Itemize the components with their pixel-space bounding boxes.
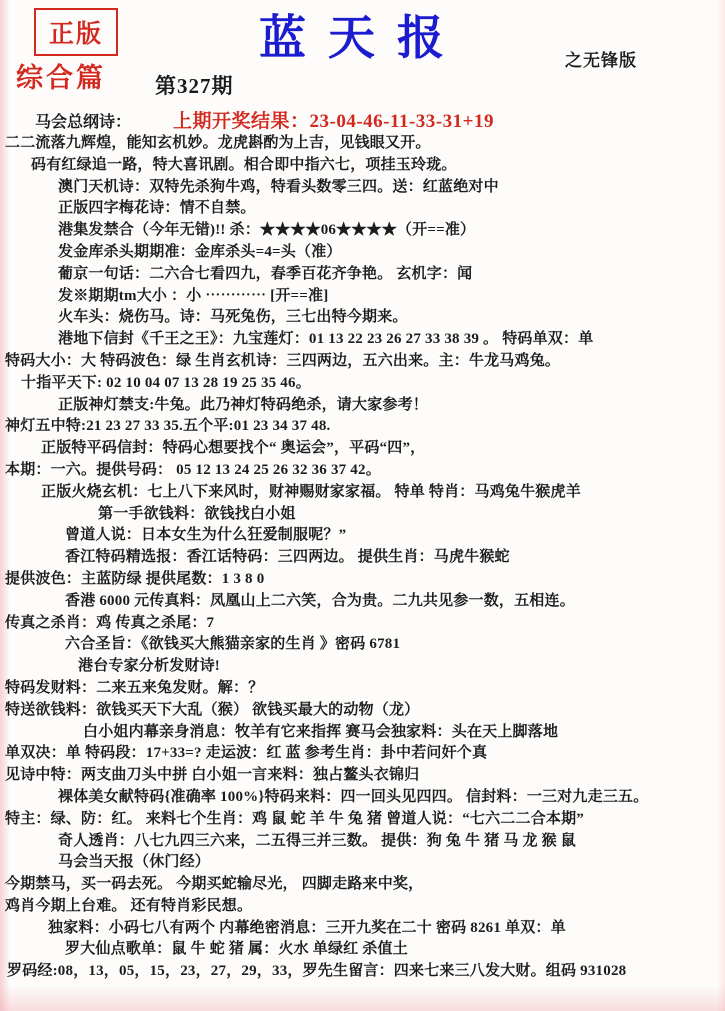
text-line: 特主：绿、防：红。 来料七个生肖：鸡 鼠 蛇 羊 牛 兔 猪 曾道人说：“七六二… bbox=[3, 809, 725, 831]
issue-number: 第327期 bbox=[155, 70, 234, 100]
text-line: 独家料：小码七八有两个 内幕绝密消息：三开九奖在二十 密码 8261 单双：单 bbox=[3, 918, 725, 940]
text-line: 正版火烧玄机：七上八下来风时，财神赐财家家福。 特单 特肖：马鸡兔牛猴虎羊 bbox=[3, 482, 725, 504]
intro-row: 马会总纲诗： 上期开奖结果：23-04-46-11-33-31+19 bbox=[35, 106, 494, 133]
text-line: 葡京一句话：二六合七看四九，春季百花齐争艳。 玄机字：闻 bbox=[3, 264, 725, 286]
text-line: 港集发禁合（今年无错)!! 杀：★★★★06★★★★（开==准） bbox=[3, 220, 725, 242]
text-line: 特送欲钱料：欲钱买天下大乱（猴） 欲钱买最大的动物（龙） bbox=[3, 700, 725, 722]
text-line: 罗大仙点歌单：鼠 牛 蛇 猪 属：火水 单绿红 杀值土 bbox=[3, 939, 725, 961]
text-line: 二二流落九辉煌，能知玄机妙。龙虎斟酌为上吉，见钱眼又开。 bbox=[3, 133, 725, 155]
text-line: 罗码经:08，13，05，15，23，27，29，33，罗先生留言：四来七来三八… bbox=[3, 961, 725, 983]
text-line: 香港 6000 元传真料：凤凰山上二六笑，合为贵。二九共见参一数，五相连。 bbox=[3, 591, 725, 613]
text-line: 特码大小：大 特码波色：绿 生肖玄机诗：三四两边，五六出来。主：牛龙马鸡兔。 bbox=[3, 351, 725, 373]
text-line: 裸体美女献特码{准确率 100%}特码来料：四一回头见四四。 信封料：一三对九走… bbox=[3, 787, 725, 809]
text-line: 鸡肖今期上台难。 还有特肖彩民想。 bbox=[3, 896, 725, 918]
text-line: 正版神灯禁支:牛兔。此乃神灯特码绝杀，请大家参考！ bbox=[3, 395, 725, 417]
text-line: 澳门天机诗：双特先杀狗牛鸡，特看头数零三四。送：红蓝绝对中 bbox=[3, 177, 725, 199]
tips-text-block: 二二流落九辉煌，能知玄机妙。龙虎斟酌为上吉，见钱眼又开。码有红绿追一路，特大喜讯… bbox=[3, 133, 725, 983]
text-line: 特码发财料：二来五来兔发财。解：？ bbox=[3, 678, 725, 700]
text-line: 提供波色：主蓝防绿 提供尾数：1 3 8 0 bbox=[3, 569, 725, 591]
text-line: 港地下信封《千王之王》：九宝莲灯：01 13 22 23 26 27 33 38… bbox=[3, 329, 725, 351]
genuine-edition-badge: 正版 bbox=[34, 8, 118, 56]
section-title: 综合篇 bbox=[16, 56, 106, 95]
text-line: 第一手欲钱料：欲钱找白小姐 bbox=[3, 504, 725, 526]
last-draw-result-numbers: 23-04-46-11-33-31+19 bbox=[310, 111, 494, 132]
edition-subtitle: 之无锋版 bbox=[565, 46, 637, 71]
text-line: 正版四字梅花诗：情不自禁。 bbox=[3, 198, 725, 220]
blue-sky-report-page: 正版 蓝天报 之无锋版 综合篇 第327期 马会总纲诗： 上期开奖结果：23-0… bbox=[0, 0, 725, 1011]
genuine-edition-label: 正版 bbox=[49, 14, 103, 50]
text-line: 发金库杀头期期准：金库杀头=4=头（准） bbox=[3, 242, 725, 264]
last-draw-result-label: 上期开奖结果： bbox=[173, 111, 310, 132]
text-line: 白小姐内幕亲身消息：牧羊有它来指挥 赛马会独家料：头在天上脚落地 bbox=[3, 722, 725, 744]
text-line: 见诗中特：两支曲刀头中拼 白小姐一言来料：独占鳌头衣锦归 bbox=[3, 765, 725, 787]
text-line: 传真之杀肖：鸡 传真之杀尾：7 bbox=[3, 613, 725, 635]
text-line: 正版特平码信封：特码心想要找个“ 奥运会”，平码“四”， bbox=[3, 438, 725, 460]
page-title: 蓝天报 bbox=[259, 1, 466, 68]
last-draw-result: 上期开奖结果：23-04-46-11-33-31+19 bbox=[173, 106, 494, 133]
poem-label: 马会总纲诗： bbox=[35, 109, 131, 132]
text-line: 火车头：烧伤马。诗：马死兔伤，三七出特今期来。 bbox=[3, 307, 725, 329]
text-line: 今期禁马，买一码去死。 今期买蛇输尽光， 四脚走路来中奖， bbox=[3, 874, 725, 896]
text-line: 奇人透肖：八七九四三六来，二五得三并三数。 提供：狗 兔 牛 猪 马 龙 猴 鼠 bbox=[3, 831, 725, 853]
text-line: 十指平天下: 02 10 04 07 13 28 19 25 35 46。 bbox=[3, 373, 725, 395]
text-line: 神灯五中特:21 23 27 33 35.五个平:01 23 34 37 48. bbox=[3, 416, 725, 438]
text-line: 马会当天报（休门经） bbox=[3, 852, 725, 874]
text-line: 曾道人说：日本女生为什么狂爱制服呢？” bbox=[3, 525, 725, 547]
text-line: 港台专家分析发财诗! bbox=[3, 656, 725, 678]
text-line: 码有红绿追一路，特大喜讯剧。相合即中指六七，项挂玉玲珑。 bbox=[3, 155, 725, 177]
text-line: 六合圣旨：《欲钱买大熊猫亲家的生肖 》密码 6781 bbox=[3, 634, 725, 656]
text-line: 发※期期tm大小 ：小 ⋯⋯⋯⋯ [开==准] bbox=[3, 286, 725, 308]
text-line: 本期：一六。提供号码： 05 12 13 24 25 26 32 36 37 4… bbox=[3, 460, 725, 482]
text-line: 香江特码精选报：香江话特码：三四两边。 提供生肖：马虎牛猴蛇 bbox=[3, 547, 725, 569]
text-line: 单双决：单 特码段：17+33=? 走运波：红 蓝 参考生肖：卦中若问奸个真 bbox=[3, 743, 725, 765]
